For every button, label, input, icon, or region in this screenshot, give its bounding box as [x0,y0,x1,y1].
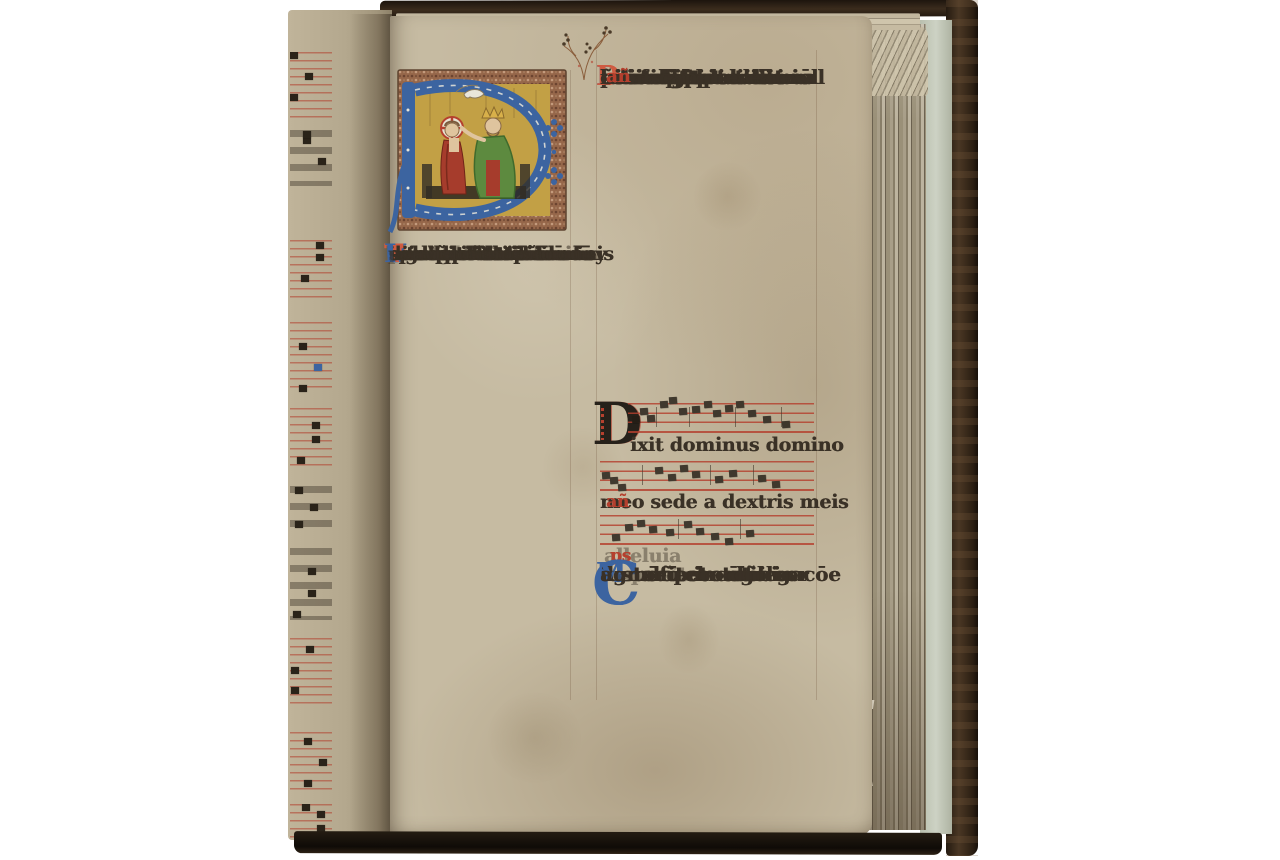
neume [680,464,688,472]
text-run: exquisita [600,560,700,588]
verso-neume [295,487,303,494]
text-column-left: xit dñs domino meo: sede a dextris meisD… [388,241,568,703]
neume [684,521,692,529]
verso-neume [308,568,316,575]
neume [772,481,780,489]
divisio-tick [753,465,754,485]
verso-neume [319,759,327,766]
neume [758,474,766,482]
verso-neume [317,811,325,818]
verso-neume [318,158,326,165]
verso-neume [301,275,309,282]
neume [631,416,639,424]
verso-neume [291,687,299,694]
illuminated-initial-d [386,66,568,236]
verso-fragment [290,322,332,394]
verso-neume [299,343,307,350]
neume [710,533,718,541]
neume [665,528,673,536]
neume [692,471,700,479]
neume [748,410,756,418]
verso-neume [302,804,310,811]
verso-fragment [290,638,332,708]
verso-neume [291,667,299,674]
neume [647,415,655,423]
verso-neume [293,611,301,618]
verso-fragment [290,732,332,790]
divisio-tick [781,407,782,427]
ruling-line [570,70,571,700]
neume [713,410,721,418]
page-stack-fore-edge [864,24,926,830]
neume [696,527,704,535]
verso-neume [297,457,305,464]
verso-neume [314,364,322,371]
verso-neume [290,94,298,101]
music-stave [628,403,814,433]
divisio-tick [678,519,679,539]
neume [624,524,632,532]
verso-neume [303,137,311,144]
neume [691,406,699,414]
text-run: ixit dominus domino [630,432,843,459]
neume [725,537,733,545]
divisio-tick [656,407,657,427]
verso-fragment [290,548,332,620]
chant-initial-d: D [592,394,630,458]
verso-fragment [290,408,332,472]
divisio-tick [710,465,711,485]
music-stave [600,461,814,491]
neume [612,534,620,542]
neume [729,470,737,478]
verso-fragment [290,52,332,120]
neume [649,525,657,533]
neume [745,530,753,538]
verso-neume [305,73,313,80]
text-run: añ [600,63,630,91]
divisio-tick [642,465,643,485]
text-column-right-lower: ōfitebor tibidñe in toto corde meo: in c… [600,560,830,702]
verso-fragment [290,240,332,302]
verso-neume [306,646,314,653]
text-column-right: secundū ordinē melchisedechDñs a dextris… [600,63,815,401]
verso-neume [308,590,316,597]
neume [782,421,790,429]
verso-neume [304,780,312,787]
neume [660,401,668,409]
neume [704,401,712,409]
verso-neume [316,254,324,261]
verso-fragment [290,130,332,186]
neume [762,416,770,424]
verso-fragment [290,486,332,532]
neume [668,397,676,405]
neume [736,401,744,409]
bottom-binding-shadow [294,831,942,855]
verso-neume [310,504,318,511]
verso-neume [295,521,303,528]
verso-neume [316,242,324,249]
divisio-tick [689,407,690,427]
music-stave [600,515,814,545]
divisio-tick [735,407,736,427]
verso-neume [304,738,312,745]
neume [679,408,687,416]
verso-neume [299,385,307,392]
verso-neume [312,436,320,443]
text-run: sacerdos in eternū [388,241,583,268]
verso-neume [290,52,298,59]
text-run: añ [600,489,629,516]
neume [715,476,723,484]
divisio-tick [740,519,741,539]
neume [655,467,663,475]
verso-neume [312,422,320,429]
neume [637,519,645,527]
neume [725,405,733,413]
verso-neume [303,131,311,138]
text-run: meo sede a dextris meis [600,489,848,516]
manuscript-photo: xit dñs domino meo: sede a dextris meisD… [0,0,1280,860]
neume [667,473,675,481]
